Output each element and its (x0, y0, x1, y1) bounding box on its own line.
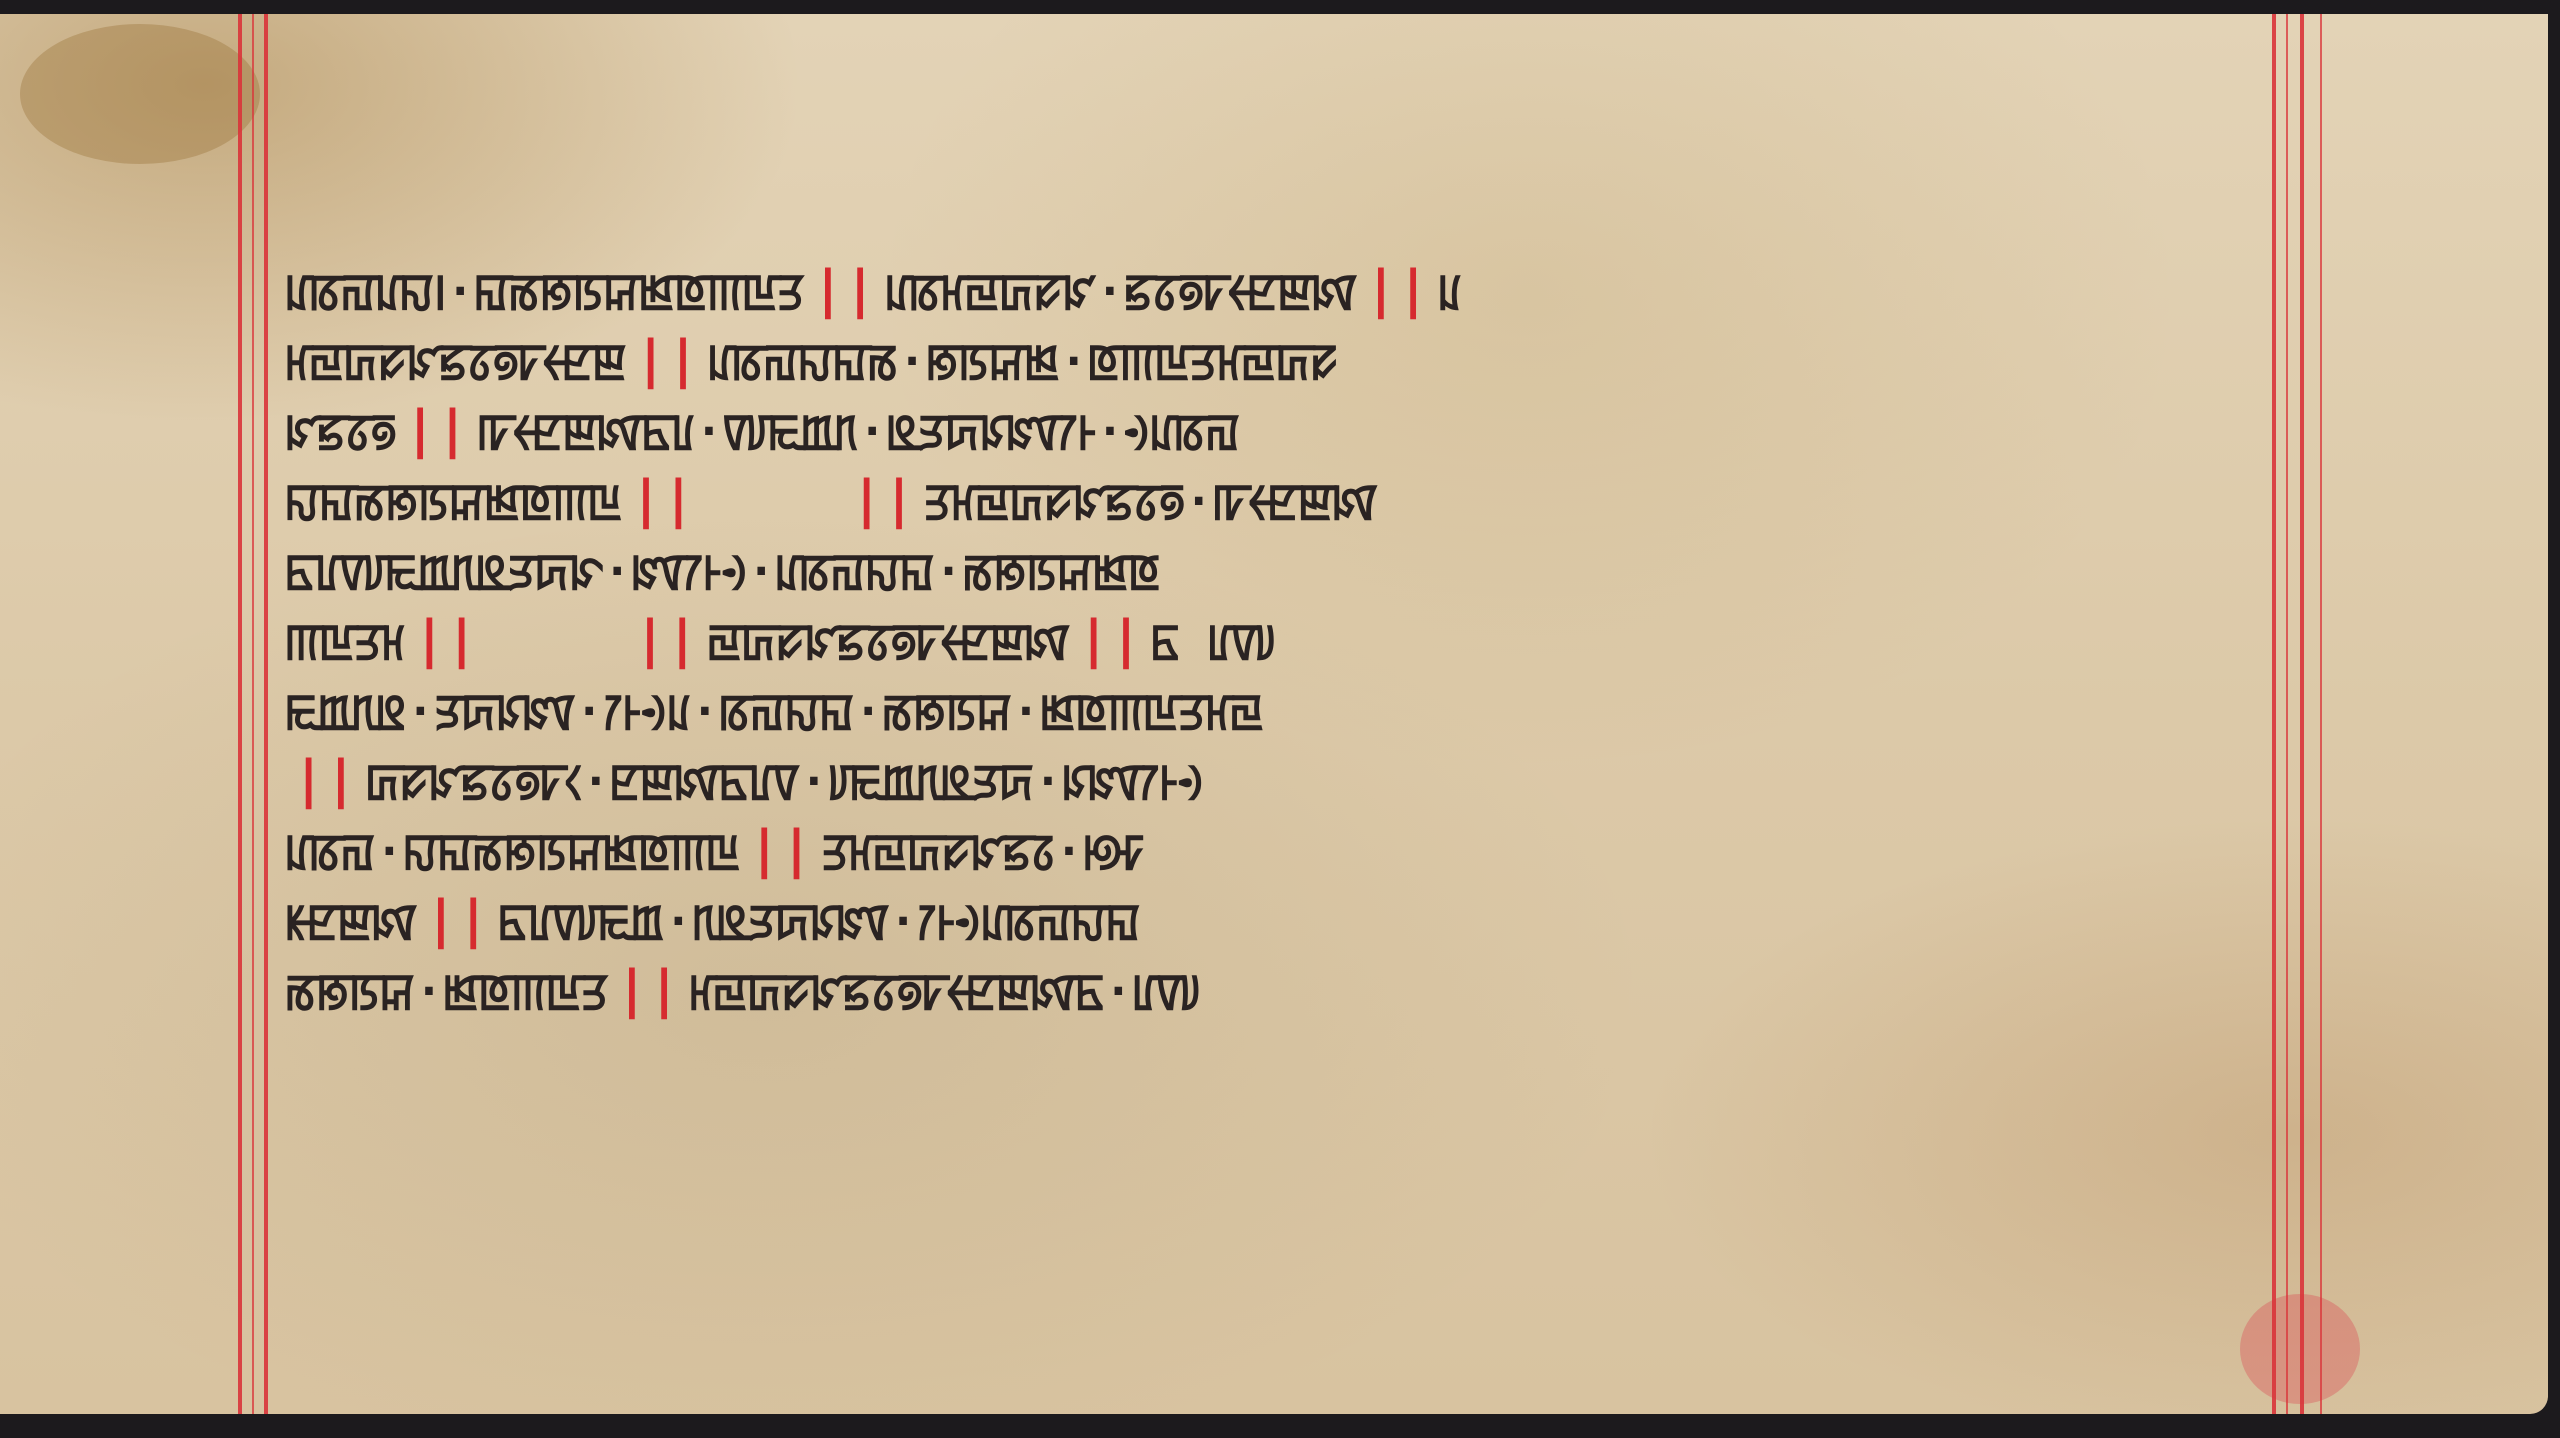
text-segment: ꡥꡦꡧꡨꡩꡪ·ꡫꡬꡭꡮꡯꡰ·ꡱꡲꡳꡊꡋꡌꡍꡎ (498, 889, 1141, 951)
manuscript-line: ꡩꡪꡫꡬ·ꡭꡮꡯꡰ·ꡱꡲꡳꡊ·ꡋꡌꡍꡎ·ꡏꡐꡑꡒ·ꡓꡔꡕꡖꡗꡘꡙ (285, 675, 2275, 745)
danda-mark: || (425, 890, 490, 950)
danda-mark: || (812, 260, 877, 320)
water-stain (20, 24, 260, 164)
text-segment: ꡊ (1438, 259, 1462, 321)
danda-mark: || (1365, 260, 1430, 320)
text-segment: ꡗꡘꡙꡚꡛꡜꡝꡞ·ꡟꡠ (821, 819, 1145, 881)
text-segment: ꡘꡙꡚꡛꡜꡝꡞꡟꡠꡡꡢꡣ (285, 329, 627, 391)
text-segment: ꡏꡐꡑꡒ·ꡓꡔꡕꡖꡗ (285, 959, 608, 1021)
left-margin-rule (252, 14, 254, 1414)
danda-mark: || (635, 330, 700, 390)
danda-mark: || (405, 400, 470, 460)
danda-mark: || (749, 820, 814, 880)
danda-mark: || (630, 470, 695, 530)
text-segment: ꡊꡋꡌꡊꡍ꡶·ꡎꡏꡐꡑꡒꡓꡔꡕꡖꡗ (285, 259, 804, 321)
text-segment: ꡥ ꡦꡧꡨ (1151, 609, 1276, 671)
text-segment: ꡊꡋꡘꡙꡚꡛꡜ·ꡝꡞꡟꡠꡡꡢꡣꡤ (885, 259, 1357, 321)
manuscript-line: ꡊꡋꡌꡊꡍ꡶·ꡎꡏꡐꡑꡒꡓꡔꡕꡖꡗ||ꡊꡋꡘꡙꡚꡛꡜ·ꡝꡞꡟꡠꡡꡢꡣꡤ||ꡊ (285, 255, 2275, 325)
right-margin-rule (2286, 14, 2288, 1414)
manuscript-line: ꡕꡖꡗꡘ||||ꡙꡚꡛꡜꡝꡞꡟꡠꡡꡢꡣꡤ||ꡥ ꡦꡧꡨ (285, 605, 2275, 675)
text-segment: ꡥꡦꡧꡨꡩꡪꡫꡬꡭꡮꡯ·ꡰꡱꡲꡳ·ꡊꡋꡌꡍꡎ·ꡏꡐꡑꡒꡓꡔ (285, 539, 1161, 601)
manuscript-line: ||ꡚꡛꡜꡝꡞꡟꡠꡡ·ꡢꡣꡤꡥꡦꡧ·ꡨꡩꡪꡫꡬꡭꡮ·ꡯꡰꡱꡲꡳ (285, 745, 2275, 815)
text-segment: ꡜꡝꡞꡟ (285, 399, 397, 461)
text-segment: ꡘꡙꡚꡛꡜꡝꡞꡟꡠꡡꡢꡣꡤꡥ·ꡦꡧꡨ (689, 959, 1201, 1021)
text-segment: ꡊꡋꡌ·ꡍꡎꡏꡐꡑꡒꡓꡔꡕꡖ (285, 819, 741, 881)
manuscript-line: ꡏꡐꡑꡒ·ꡓꡔꡕꡖꡗ||ꡘꡙꡚꡛꡜꡝꡞꡟꡠꡡꡢꡣꡤꡥ·ꡦꡧꡨ (285, 955, 2275, 1025)
text-segment: ꡊꡋꡌꡍꡎꡏ·ꡐꡑꡒꡓ·ꡔꡕꡖꡗꡘꡙꡚꡛ (708, 329, 1339, 391)
danda-mark: || (616, 960, 681, 1020)
text-segment: ꡡꡢꡣꡤ (285, 889, 417, 951)
text-segment: ꡚꡛꡜꡝꡞꡟꡠꡡ·ꡢꡣꡤꡥꡦꡧ·ꡨꡩꡪꡫꡬꡭꡮ·ꡯꡰꡱꡲꡳ (366, 749, 1204, 811)
manuscript-line: ꡘꡙꡚꡛꡜꡝꡞꡟꡠꡡꡢꡣ||ꡊꡋꡌꡍꡎꡏ·ꡐꡑꡒꡓ·ꡔꡕꡖꡗꡘꡙꡚꡛ (285, 325, 2275, 395)
text-segment: ꡩꡪꡫꡬ·ꡭꡮꡯꡰ·ꡱꡲꡳꡊ·ꡋꡌꡍꡎ·ꡏꡐꡑꡒ·ꡓꡔꡕꡖꡗꡘꡙ (285, 679, 1264, 741)
danda-mark: || (293, 750, 358, 810)
text-segment: ꡍꡎꡏꡐꡑꡒꡓꡔꡕꡖ (285, 469, 622, 531)
manuscript-line: ꡊꡋꡌ·ꡍꡎꡏꡐꡑꡒꡓꡔꡕꡖ||ꡗꡘꡙꡚꡛꡜꡝꡞ·ꡟꡠ (285, 815, 2275, 885)
right-margin-rule (2320, 14, 2322, 1414)
manuscript-line: ꡜꡝꡞꡟ||ꡠꡡꡢꡣꡤꡥꡦ·ꡧꡨꡩꡪꡫ·ꡬꡭꡮꡯꡰꡱꡲ·ꡳꡊꡋꡌ (285, 395, 2275, 465)
text-block: ꡊꡋꡌꡊꡍ꡶·ꡎꡏꡐꡑꡒꡓꡔꡕꡖꡗ||ꡊꡋꡘꡙꡚꡛꡜ·ꡝꡞꡟꡠꡡꡢꡣꡤ||ꡊꡘꡙ… (285, 255, 2275, 1025)
manuscript-line: ꡡꡢꡣꡤ||ꡥꡦꡧꡨꡩꡪ·ꡫꡬꡭꡮꡯꡰ·ꡱꡲꡳꡊꡋꡌꡍꡎ (285, 885, 2275, 955)
danda-mark: || (414, 610, 479, 670)
text-segment: ꡕꡖꡗꡘ (285, 609, 406, 671)
right-margin-rule (2300, 14, 2304, 1414)
text-segment: ꡙꡚꡛꡜꡝꡞꡟꡠꡡꡢꡣꡤ (707, 609, 1070, 671)
text-segment: ꡠꡡꡢꡣꡤꡥꡦ·ꡧꡨꡩꡪꡫ·ꡬꡭꡮꡯꡰꡱꡲ·ꡳꡊꡋꡌ (477, 399, 1240, 461)
danda-mark: || (851, 470, 916, 530)
manuscript-line: ꡍꡎꡏꡐꡑꡒꡓꡔꡕꡖ||||ꡗꡘꡙꡚꡛꡜꡝꡞꡟ·ꡠꡡꡢꡣꡤ (285, 465, 2275, 535)
left-margin-rule (238, 14, 242, 1414)
left-margin-rule (264, 14, 268, 1414)
danda-mark: || (634, 610, 699, 670)
text-segment: ꡗꡘꡙꡚꡛꡜꡝꡞꡟ·ꡠꡡꡢꡣꡤ (924, 469, 1378, 531)
danda-mark: || (1078, 610, 1143, 670)
manuscript-line: ꡥꡦꡧꡨꡩꡪꡫꡬꡭꡮꡯ·ꡰꡱꡲꡳ·ꡊꡋꡌꡍꡎ·ꡏꡐꡑꡒꡓꡔ (285, 535, 2275, 605)
